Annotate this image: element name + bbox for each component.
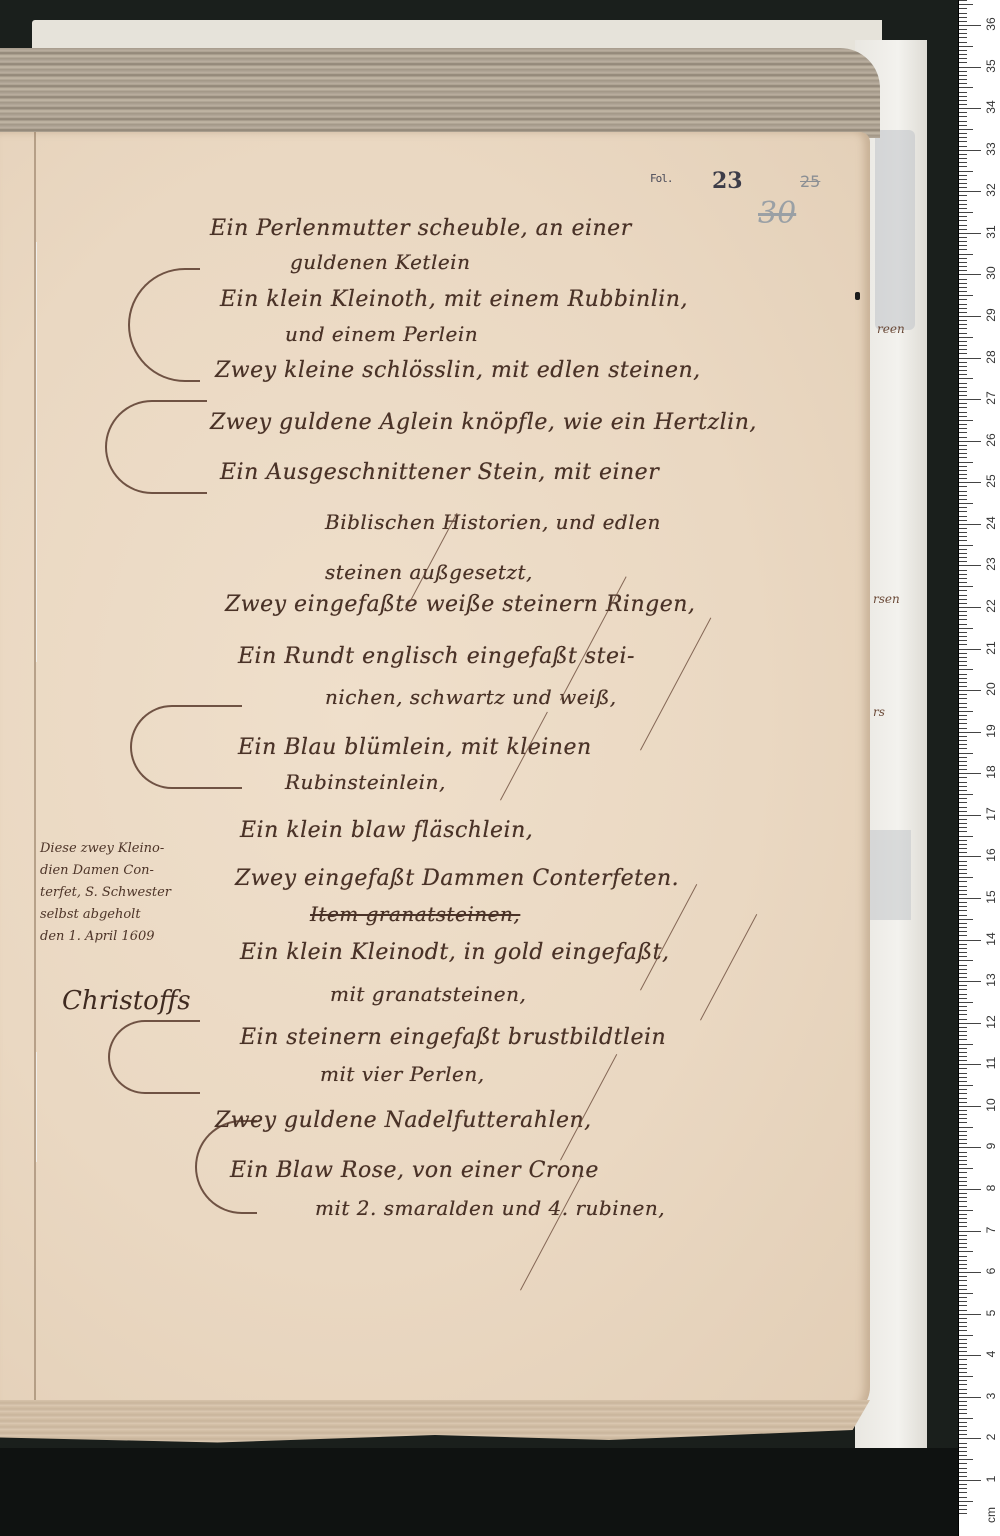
ruler-tick	[959, 1351, 967, 1352]
ruler-tick	[959, 1355, 981, 1356]
ruler-tick	[959, 1056, 967, 1057]
ruler-tick	[959, 1459, 973, 1460]
ruler-tick	[959, 316, 981, 317]
ruler-tick	[959, 42, 967, 43]
ruler-tick	[959, 715, 967, 716]
ruler-label: 28	[984, 347, 998, 367]
ruler-tick	[959, 50, 967, 51]
margin-note: Diese zwey Kleino- dien Damen Con- terfe…	[40, 838, 171, 948]
entry-line: Ein steinern eingefaßt brustbildtlein	[240, 1025, 666, 1050]
ruler-tick	[959, 104, 967, 105]
ruler-tick	[959, 1222, 967, 1223]
ruler-tick	[959, 1060, 967, 1061]
entry-line: Zwey kleine schlösslin, mit edlen steine…	[215, 358, 701, 383]
ruler-tick	[959, 58, 967, 59]
ruler-tick	[959, 985, 967, 986]
ruler-tick	[959, 1434, 967, 1435]
ruler-tick	[959, 1497, 967, 1498]
ruler-tick	[959, 1256, 967, 1257]
ruler-tick	[959, 449, 967, 450]
ruler-unit-label: cm	[984, 1505, 998, 1525]
ruler-tick	[959, 1409, 967, 1410]
ruler-tick	[959, 565, 981, 566]
ruler-tick	[959, 191, 981, 192]
ruler-tick	[959, 1310, 967, 1311]
ruler-tick	[959, 1422, 967, 1423]
ruler-tick	[959, 279, 967, 280]
ruler-tick	[959, 1480, 981, 1481]
ruler-tick	[959, 432, 967, 433]
ruler-tick	[959, 1081, 967, 1082]
ruler-tick	[959, 100, 967, 101]
ruler-tick	[959, 320, 967, 321]
ruler-tick	[959, 628, 973, 629]
ruler-tick	[959, 599, 967, 600]
ruler-tick	[959, 1006, 967, 1007]
ruler-tick	[959, 653, 967, 654]
margin-note-line: terfet, S. Schwester	[40, 882, 171, 904]
ruler-tick	[959, 21, 967, 22]
ruler-tick	[959, 412, 967, 413]
ruler-tick	[959, 723, 967, 724]
ruler-tick	[959, 195, 967, 196]
entry-line: Biblischen Historien, und edlen	[325, 510, 661, 534]
ruler-tick	[959, 998, 967, 999]
ruler-label: 21	[984, 638, 998, 658]
ruler-tick	[959, 553, 967, 554]
ruler-tick	[959, 989, 967, 990]
ruler-tick	[959, 462, 973, 463]
ruler-tick	[959, 1014, 967, 1015]
ruler-tick	[959, 744, 967, 745]
ruler-tick	[959, 520, 967, 521]
ruler-tick	[959, 1231, 981, 1232]
ruler-tick	[959, 807, 967, 808]
ruler-tick	[959, 786, 967, 787]
side-sheet-snippet: rsen	[873, 592, 900, 606]
ruler-tick	[959, 931, 967, 932]
ruler-label: 32	[984, 180, 998, 200]
ruler-tick	[959, 258, 967, 259]
ruler-tick	[959, 1488, 967, 1489]
ruler-tick	[959, 0, 967, 1]
ruler-tick	[959, 1505, 967, 1506]
ruler-tick	[959, 1218, 967, 1219]
ruler-tick	[959, 1247, 967, 1248]
ruler-tick	[959, 1027, 967, 1028]
side-sheet-snippet: rs	[873, 705, 885, 719]
ruler-tick	[959, 611, 967, 612]
ruler-tick	[959, 823, 967, 824]
entry-line: mit 2. smaralden und 4. rubinen,	[315, 1196, 665, 1220]
ruler-label: 34	[984, 97, 998, 117]
ruler-tick	[959, 54, 967, 55]
ruler-label: 11	[984, 1053, 998, 1073]
old-folio-number: 25	[800, 172, 820, 191]
ruler-tick	[959, 8, 967, 9]
ruler-tick	[959, 121, 967, 122]
ruler-tick	[959, 927, 967, 928]
ruler-tick	[959, 499, 967, 500]
binding-thread	[36, 1052, 37, 1162]
ruler-tick	[959, 1152, 967, 1153]
ruler-tick	[959, 686, 967, 687]
ruler-tick	[959, 254, 973, 255]
ruler-tick	[959, 220, 967, 221]
ruler-tick	[959, 977, 967, 978]
ruler-tick	[959, 79, 967, 80]
ruler-tick	[959, 545, 973, 546]
ruler-tick	[959, 1343, 967, 1344]
ruler-tick	[959, 1193, 967, 1194]
ruler-tick	[959, 952, 967, 953]
ruler-tick	[959, 740, 967, 741]
ruler-tick	[959, 511, 967, 512]
ruler-tick	[959, 237, 967, 238]
ruler-tick	[959, 1376, 973, 1377]
ruler-tick	[959, 437, 967, 438]
ruler-tick	[959, 960, 973, 961]
ruler-tick	[959, 615, 967, 616]
ruler-tick	[959, 669, 973, 670]
ruler-tick	[959, 1285, 967, 1286]
ruler-tick	[959, 1297, 967, 1298]
ruler-label: 3	[984, 1386, 998, 1406]
ruler-tick	[959, 657, 967, 658]
ruler-tick	[959, 665, 967, 666]
folio-stamp-prefix: Fol.	[650, 172, 673, 185]
ruler-label: 18	[984, 762, 998, 782]
ruler-tick	[959, 603, 967, 604]
ruler-tick	[959, 1172, 967, 1173]
ruler-label: 8	[984, 1178, 998, 1198]
ruler-tick	[959, 204, 967, 205]
ruler-tick	[959, 116, 967, 117]
ruler-tick	[959, 732, 981, 733]
ruler-tick	[959, 1314, 981, 1315]
ruler-label: 22	[984, 596, 998, 616]
ruler-tick	[959, 1401, 967, 1402]
ruler-tick	[959, 624, 967, 625]
ruler-tick	[959, 129, 973, 130]
ruler-tick	[959, 956, 967, 957]
ruler-tick	[959, 212, 973, 213]
entry-line: Zwey guldene Nadelfutterahlen,	[215, 1108, 592, 1133]
ruler-tick	[959, 973, 967, 974]
entry-line: Rubinsteinlein,	[285, 770, 446, 794]
ruler-tick	[959, 1393, 967, 1394]
ruler-tick	[959, 441, 981, 442]
ruler-tick	[959, 1501, 973, 1502]
ruler-tick	[959, 765, 967, 766]
ruler-label: 26	[984, 430, 998, 450]
ruler-tick	[959, 1426, 967, 1427]
ruler-tick	[959, 141, 967, 142]
ruler-tick	[959, 87, 973, 88]
ruler-tick	[959, 150, 981, 151]
ruler-tick	[959, 457, 967, 458]
ruler-tick	[959, 175, 967, 176]
ruler-tick	[959, 171, 973, 172]
ruler-tick	[959, 133, 967, 134]
ruler-tick	[959, 158, 967, 159]
ruler-tick	[959, 353, 967, 354]
ruler-label: 12	[984, 1012, 998, 1032]
ruler-tick	[959, 981, 981, 982]
folio-number: 23	[712, 168, 743, 194]
ruler-tick	[959, 29, 967, 30]
ruler-tick	[959, 453, 967, 454]
margin-note-line: dien Damen Con-	[40, 860, 171, 882]
ruler-tick	[959, 474, 967, 475]
ruler-tick	[959, 1073, 967, 1074]
ruler-tick	[959, 1189, 981, 1190]
ruler-tick	[959, 1455, 967, 1456]
ruler-tick	[959, 1268, 967, 1269]
ruler-tick	[959, 661, 967, 662]
ruler-tick	[959, 703, 967, 704]
ruler-tick	[959, 112, 967, 113]
ruler-tick	[959, 1468, 967, 1469]
ruler-tick	[959, 694, 967, 695]
ruler-tick	[959, 270, 967, 271]
ruler-tick	[959, 345, 967, 346]
ruler-tick	[959, 682, 967, 683]
entry-line: Ein Perlenmutter scheuble, an einer	[210, 216, 632, 241]
ruler-tick	[959, 179, 967, 180]
ruler-tick	[959, 1002, 973, 1003]
ruler-label: 24	[984, 513, 998, 533]
ruler-tick	[959, 753, 973, 754]
ruler-tick	[959, 1201, 967, 1202]
ruler-tick	[959, 125, 967, 126]
ruler-label: 15	[984, 887, 998, 907]
ruler-tick	[959, 570, 967, 571]
ruler-tick	[959, 894, 967, 895]
ruler-tick	[959, 728, 967, 729]
ruler-tick	[959, 416, 967, 417]
ruler-tick	[959, 495, 967, 496]
ruler-tick	[959, 17, 967, 18]
ruler-tick	[959, 1226, 967, 1227]
ruler-tick	[959, 636, 967, 637]
ruler-tick	[959, 229, 967, 230]
ruler-tick	[959, 557, 967, 558]
ruler-tick	[959, 844, 967, 845]
ruler-tick	[959, 761, 967, 762]
ruler-tick	[959, 1118, 967, 1119]
ruler-tick	[959, 1156, 967, 1157]
ruler-tick	[959, 582, 967, 583]
ruler-tick	[959, 1089, 967, 1090]
ruler-tick	[959, 378, 973, 379]
ruler-label: 25	[984, 471, 998, 491]
ruler-tick	[959, 1102, 967, 1103]
ruler-tick	[959, 1397, 981, 1398]
ruler-label: 35	[984, 56, 998, 76]
ruler-tick	[959, 407, 967, 408]
ruler-tick	[959, 1339, 967, 1340]
ruler-tick	[959, 1484, 967, 1485]
ruler-tick	[959, 208, 967, 209]
ruler-tick	[959, 225, 967, 226]
ruler-tick	[959, 944, 967, 945]
ruler-tick	[959, 1181, 967, 1182]
ruler-tick	[959, 4, 973, 5]
ruler-label: 14	[984, 929, 998, 949]
ruler-tick	[959, 644, 967, 645]
ruler-tick	[959, 108, 981, 109]
entry-line: Zwey eingefaßt Dammen Conterfeten.	[235, 866, 679, 891]
ruler-tick	[959, 848, 967, 849]
ruler-tick	[959, 383, 967, 384]
ruler-tick	[959, 1447, 967, 1448]
entry-line: Ein Blau blümlein, mit kleinen	[238, 735, 592, 760]
ruler-tick	[959, 674, 967, 675]
ruler-tick	[959, 25, 981, 26]
ruler-tick	[959, 1019, 967, 1020]
ruler-tick	[959, 1430, 967, 1431]
ruler-tick	[959, 1214, 967, 1215]
ruler-tick	[959, 283, 967, 284]
ruler-tick	[959, 324, 967, 325]
ruler-tick	[959, 366, 967, 367]
ruler-tick	[959, 1330, 967, 1331]
ruler-tick	[959, 707, 967, 708]
ruler-tick	[959, 312, 967, 313]
ruler-tick	[959, 549, 967, 550]
ruler-tick	[959, 241, 967, 242]
binding-thread	[36, 242, 37, 662]
ruler-tick	[959, 1359, 967, 1360]
ruler-tick	[959, 881, 967, 882]
ruler-tick	[959, 1239, 967, 1240]
ruler-tick	[959, 1276, 967, 1277]
ruler-tick	[959, 1380, 967, 1381]
ruler-label: 2	[984, 1427, 998, 1447]
ruler-tick	[959, 1177, 967, 1178]
ruler-tick	[959, 349, 967, 350]
ruler-tick	[959, 590, 967, 591]
measuring-ruler: cm 1234567891011121314151617181920212223…	[958, 0, 1000, 1536]
ruler-tick	[959, 902, 967, 903]
ruler-tick	[959, 391, 967, 392]
ruler-tick	[959, 503, 973, 504]
ruler-tick	[959, 1318, 967, 1319]
entry-line: mit granatsteinen,	[330, 982, 526, 1006]
ruler-tick	[959, 711, 973, 712]
ruler-tick	[959, 166, 967, 167]
entry-line: Ein klein Kleinoth, mit einem Rubbinlin,	[220, 287, 688, 312]
ruler-label: 6	[984, 1261, 998, 1281]
ruler-tick	[959, 861, 967, 862]
ruler-tick	[959, 245, 967, 246]
ruler-tick	[959, 308, 967, 309]
entry-line: guldenen Ketlein	[290, 250, 470, 274]
ruler-label: 33	[984, 139, 998, 159]
ruler-tick	[959, 536, 967, 537]
ruler-tick	[959, 1472, 967, 1473]
ruler-label: 5	[984, 1303, 998, 1323]
ruler-tick	[959, 748, 967, 749]
ruler-tick	[959, 75, 967, 76]
ruler-tick	[959, 852, 967, 853]
ruler-label: 36	[984, 14, 998, 34]
ruler-tick	[959, 1463, 967, 1464]
ruler-tick	[959, 969, 967, 970]
ruler-tick	[959, 1064, 981, 1065]
ruler-tick	[959, 274, 981, 275]
ruler-tick	[959, 1264, 967, 1265]
entry-line-struck: Item granatsteinen,	[310, 902, 520, 926]
ruler-tick	[959, 146, 967, 147]
ruler-tick	[959, 295, 973, 296]
ruler-tick	[959, 994, 967, 995]
ruler-tick	[959, 1305, 967, 1306]
ruler-tick	[959, 890, 967, 891]
entry-line: Ein klein Kleinodt, in gold eingefaßt,	[240, 940, 669, 965]
ruler-tick	[959, 1322, 967, 1323]
ruler-tick	[959, 836, 973, 837]
ruler-tick	[959, 1139, 967, 1140]
grouping-bracket	[105, 400, 207, 494]
ruler-tick	[959, 719, 967, 720]
ruler-label: 29	[984, 305, 998, 325]
ruler-tick	[959, 1443, 967, 1444]
ruler-tick	[959, 424, 967, 425]
tissue-repair	[875, 130, 915, 330]
margin-note-line: den 1. April 1609	[40, 926, 171, 948]
ruler-tick	[959, 395, 967, 396]
ruler-tick	[959, 299, 967, 300]
ruler-tick	[959, 486, 967, 487]
grouping-bracket	[130, 705, 242, 789]
ruler-tick	[959, 358, 981, 359]
ruler-tick	[959, 910, 967, 911]
ruler-tick	[959, 154, 967, 155]
ruler-tick	[959, 1039, 967, 1040]
entry-line: nichen, schwartz und weiß,	[325, 685, 617, 709]
ruler-tick	[959, 1093, 967, 1094]
ruler-tick	[959, 399, 981, 400]
ruler-tick	[959, 1023, 981, 1024]
ruler-tick	[959, 1085, 973, 1086]
ruler-tick	[959, 200, 967, 201]
ruler-tick	[959, 478, 967, 479]
ruler-tick	[959, 428, 967, 429]
ruler-tick	[959, 690, 981, 691]
tissue-repair-lower	[865, 830, 911, 920]
ruler-tick	[959, 187, 967, 188]
ruler-tick	[959, 341, 967, 342]
ruler-tick	[959, 777, 967, 778]
ruler-tick	[959, 540, 967, 541]
ruler-tick	[959, 216, 967, 217]
ruler-tick	[959, 1206, 967, 1207]
ruler-tick	[959, 1289, 967, 1290]
ruler-tick	[959, 782, 967, 783]
ruler-tick	[959, 1127, 973, 1128]
ruler-tick	[959, 403, 967, 404]
ruler-tick	[959, 33, 967, 34]
ruler-label: 9	[984, 1136, 998, 1156]
ruler-tick	[959, 249, 967, 250]
margin-note-line: Diese zwey Kleino-	[40, 838, 171, 860]
ruler-tick	[959, 640, 967, 641]
ruler-tick	[959, 578, 967, 579]
ruler-tick	[959, 1280, 967, 1281]
ruler-tick	[959, 923, 967, 924]
